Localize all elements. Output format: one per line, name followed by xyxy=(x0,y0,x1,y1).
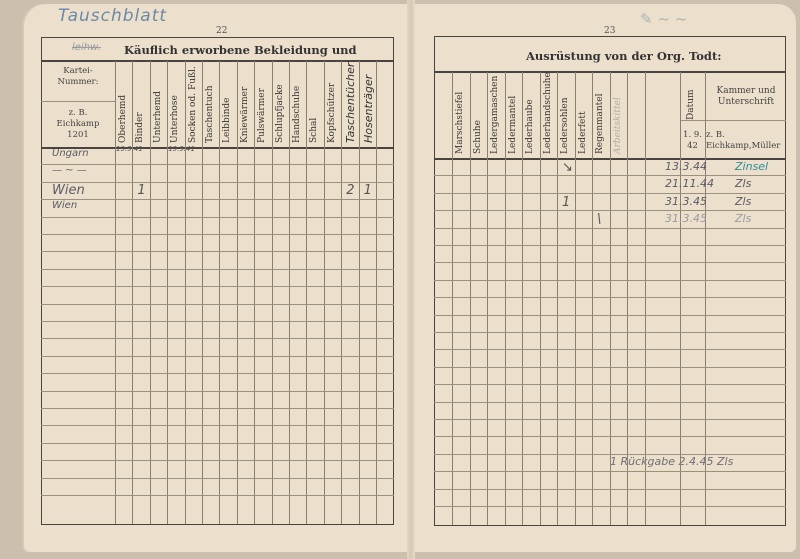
column-header-lederfett: Lederfett xyxy=(578,78,588,154)
entry-date: 21.11.44 xyxy=(665,177,714,190)
label-divider xyxy=(41,101,115,102)
row-line xyxy=(41,199,394,200)
column-header-ledersohlen: Ledersohlen xyxy=(560,78,570,154)
row-line xyxy=(41,182,394,183)
column-header-handschuhe: Handschuhe xyxy=(292,67,302,143)
row-line xyxy=(41,408,394,409)
row-line xyxy=(41,251,394,252)
kammer-column-line xyxy=(705,72,706,525)
row-label: Wien xyxy=(52,200,77,211)
column-header-schlupfjacke: Schlupfjacke xyxy=(275,67,285,143)
row-label: Wien xyxy=(52,183,85,198)
cell-value: 19.9.41 xyxy=(116,145,143,153)
column-line xyxy=(306,61,307,524)
kammer-example: z. B.Eichkamp,Müller xyxy=(706,130,786,152)
column-header-ledermantel: Ledermantel xyxy=(508,78,518,154)
row-line xyxy=(41,269,394,270)
entry-signature: Zls xyxy=(735,212,751,225)
entry-date: 31.3.45 xyxy=(665,212,707,225)
column-line xyxy=(237,61,238,524)
column-header-schal: Schal xyxy=(309,67,319,143)
column-header-marschstiefel: Marschstiefel xyxy=(455,78,465,154)
entry-mark: \ xyxy=(597,212,601,227)
row-line xyxy=(41,425,394,426)
entry-date: 31.3.45 xyxy=(665,195,707,208)
row-line xyxy=(41,286,394,287)
column-line xyxy=(557,72,558,525)
row-line xyxy=(41,164,394,165)
cell-value: 1 xyxy=(364,183,372,198)
row-line xyxy=(434,436,786,437)
row-line xyxy=(434,489,786,490)
row-label: — ~ — xyxy=(52,165,87,176)
handwritten-tauschblatt: Tauschblatt xyxy=(58,6,167,26)
datum-header: Datum xyxy=(686,80,696,120)
column-header-socken-od-fußl-: Socken od. Fußl. xyxy=(188,67,198,143)
row-line xyxy=(434,384,786,385)
row-line xyxy=(41,460,394,461)
column-line xyxy=(132,61,133,524)
column-header-kniewärmer: Kniewärmer xyxy=(240,67,250,143)
row-line xyxy=(41,217,394,218)
column-header-arbeitskittel: Arbeitskittel xyxy=(613,78,623,154)
column-line xyxy=(289,61,290,524)
entry-signature: Zinsel xyxy=(735,160,768,173)
column-header-pulswärmer: Pulswärmer xyxy=(257,67,267,143)
row-line xyxy=(41,338,394,339)
column-line xyxy=(470,72,471,525)
cell-value: 2 xyxy=(346,183,354,198)
row-line xyxy=(41,495,394,496)
handwritten-leihw: leihw. xyxy=(72,42,101,53)
row-line xyxy=(434,471,786,472)
row-line xyxy=(434,210,786,211)
right-table-title: Ausrüstung von der Org. Todt: xyxy=(526,49,722,63)
handwritten-rueckgabe-note: 1 Rückgabe 2.4.45 Zls xyxy=(610,455,733,468)
book-spine xyxy=(407,0,415,559)
row-line xyxy=(434,419,786,420)
column-header-taschentücher: Taschentücher xyxy=(344,67,357,143)
page-number-right: 23 xyxy=(604,26,615,36)
row-line xyxy=(41,478,394,479)
entry-date: 13.3.44 xyxy=(665,160,707,173)
column-line xyxy=(522,72,523,525)
column-line xyxy=(575,72,576,525)
column-header-oberhemd: Oberhemd xyxy=(118,67,128,143)
kammer-header: Kammer undUnterschrift xyxy=(706,86,786,108)
row-line xyxy=(41,373,394,374)
column-header-schuhe: Schuhe xyxy=(473,78,483,154)
row-line xyxy=(41,391,394,392)
row-line xyxy=(434,349,786,350)
handwritten-smudge: ✎ ~ ~ xyxy=(640,10,687,28)
column-line xyxy=(376,61,377,524)
row-line xyxy=(434,315,786,316)
row-line xyxy=(434,280,786,281)
column-line xyxy=(254,61,255,524)
column-header-lederhandschuhe: Lederhandschuhe xyxy=(543,78,553,154)
cell-value: 19.9.41 xyxy=(168,145,195,153)
kartei-nummer-label: Kartei-Nummer: xyxy=(44,66,112,88)
column-line xyxy=(341,61,342,524)
column-line xyxy=(324,61,325,524)
row-line xyxy=(434,402,786,403)
cell-value: 1 xyxy=(137,183,145,198)
row-line xyxy=(41,234,394,235)
datum-example: 1. 9.42 xyxy=(680,130,705,152)
column-header-unterhemd: Unterhemd xyxy=(153,67,163,143)
datum-divider xyxy=(680,120,786,121)
column-line xyxy=(359,61,360,524)
row-line xyxy=(434,367,786,368)
kartei-example: z. B.Eichkamp1201 xyxy=(44,108,112,141)
entry-signature: Zls xyxy=(735,177,751,190)
row-line xyxy=(41,356,394,357)
column-header-lederhaube: Lederhaube xyxy=(525,78,535,154)
column-line xyxy=(272,61,273,524)
column-header-binder: Binder xyxy=(135,67,145,143)
column-line xyxy=(452,72,453,525)
column-line xyxy=(150,61,151,524)
column-line xyxy=(627,72,628,525)
entry-mark: 1 xyxy=(562,195,570,210)
column-header-taschentuch: Taschentuch xyxy=(205,67,215,143)
row-line xyxy=(434,297,786,298)
column-line xyxy=(185,61,186,524)
column-line xyxy=(505,72,506,525)
column-line xyxy=(540,72,541,525)
entry-signature: Zls xyxy=(735,195,751,208)
column-header-regenmantel: Regenmantel xyxy=(595,78,605,154)
row-label: Ungarn xyxy=(52,148,89,159)
column-line xyxy=(610,72,611,525)
column-line xyxy=(167,61,168,524)
column-line xyxy=(645,72,646,525)
open-booklet: Tauschblatt 22 leihw. Käuflich erworbene… xyxy=(0,0,800,559)
row-line xyxy=(434,245,786,246)
column-line xyxy=(115,61,116,524)
column-line xyxy=(487,72,488,525)
column-line xyxy=(592,72,593,525)
column-header-leibbinde: Leibbinde xyxy=(222,67,232,143)
page-number-left: 22 xyxy=(216,26,227,36)
row-line xyxy=(434,332,786,333)
datum-column-line xyxy=(680,72,681,525)
row-line xyxy=(434,228,786,229)
row-line xyxy=(434,193,786,194)
row-line xyxy=(41,443,394,444)
left-table-title: Käuflich erworbene Bekleidung und xyxy=(124,43,357,57)
column-line xyxy=(219,61,220,524)
row-line xyxy=(434,175,786,176)
row-line xyxy=(434,506,786,507)
entry-mark: ↘ xyxy=(562,160,573,175)
column-header-unterhose: Unterhose xyxy=(170,67,180,143)
column-header-ledergamaschen: Ledergamaschen xyxy=(490,78,500,154)
row-line xyxy=(434,454,786,455)
column-header-hosenträger: Hosenträger xyxy=(362,67,375,143)
column-header-kopfschützer: Kopfschützer xyxy=(327,67,337,143)
row-line xyxy=(41,304,394,305)
column-line xyxy=(202,61,203,524)
row-line xyxy=(434,262,786,263)
row-line xyxy=(41,321,394,322)
